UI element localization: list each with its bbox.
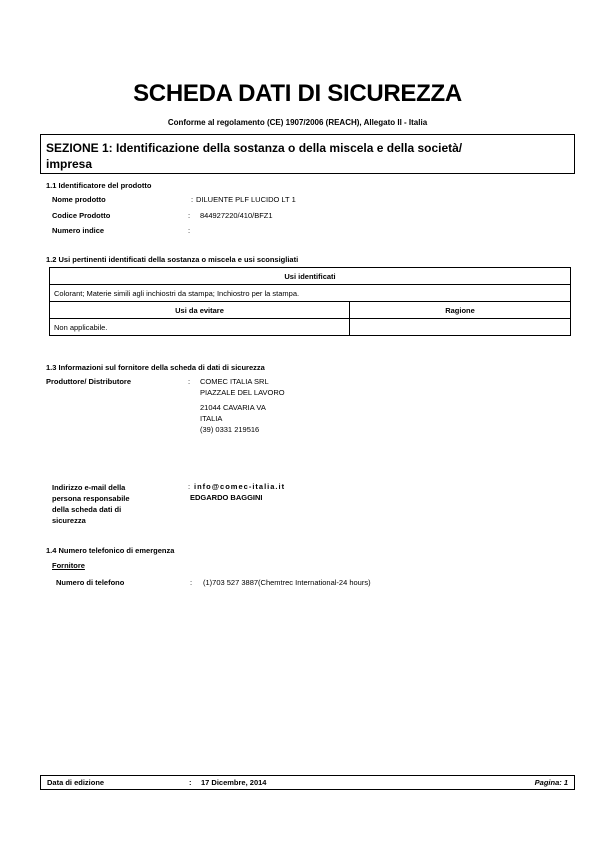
- product-name-value: DILUENTE PLF LUCIDO LT 1: [196, 195, 296, 204]
- producer-label: Produttore/ Distributore: [46, 377, 131, 386]
- product-code-sep: :: [188, 211, 190, 220]
- product-code-value: 844927220/410/BFZ1: [200, 211, 273, 220]
- supplier-subheading: Fornitore: [52, 561, 85, 570]
- section-1-1-heading: 1.1 Identificatore del prodotto: [46, 181, 151, 190]
- phone-sep: :: [190, 578, 192, 587]
- section-1-heading-line2: impresa: [46, 156, 569, 172]
- product-code-label: Codice Prodotto: [52, 211, 110, 220]
- identified-uses-header: Usi identificati: [50, 268, 571, 285]
- responsible-person: EDGARDO BAGGINI: [190, 493, 263, 502]
- edition-date-value: 17 Dicembre, 2014: [201, 778, 266, 787]
- phone-label: Numero di telefono: [56, 578, 124, 587]
- section-1-heading-line1: SEZIONE 1: Identificazione della sostanz…: [46, 140, 569, 156]
- section-1-3-heading: 1.3 Informazioni sul fornitore della sch…: [46, 363, 265, 372]
- document-subtitle: Conforme al regolamento (CE) 1907/2006 (…: [0, 118, 595, 127]
- email-sep: :: [188, 482, 190, 491]
- producer-sep: :: [188, 377, 190, 386]
- product-name-sep: :: [191, 195, 193, 204]
- product-name-label: Nome prodotto: [52, 195, 106, 204]
- section-1-4-heading: 1.4 Numero telefonico di emergenza: [46, 546, 174, 555]
- email-label: Indirizzo e-mail della persona responsab…: [52, 482, 130, 526]
- section-1-heading: SEZIONE 1: Identificazione della sostanz…: [40, 134, 575, 174]
- address-line-3: 21044 CAVARIA VA: [200, 403, 266, 412]
- reason-header: Ragione: [350, 302, 571, 319]
- address-line-2: PIAZZALE DEL LAVORO: [200, 388, 285, 397]
- phone-value: (1)703 527 3887(Chemtrec International-2…: [203, 578, 371, 587]
- page-number: Pagina: 1: [535, 778, 568, 787]
- edition-date-sep: :: [189, 778, 192, 787]
- email-link[interactable]: info@comec-italia.it: [194, 482, 285, 491]
- edition-date-label: Data di edizione: [47, 778, 104, 787]
- page-footer: Data di edizione : 17 Dicembre, 2014 Pag…: [40, 775, 575, 790]
- uses-to-avoid-header: Usi da evitare: [50, 302, 350, 319]
- reason-value: [350, 319, 571, 336]
- uses-table: Usi identificati Colorant; Materie simil…: [49, 267, 571, 336]
- identified-uses-value: Colorant; Materie simili agli inchiostri…: [50, 285, 571, 302]
- uses-to-avoid-value: Non applicabile.: [50, 319, 350, 336]
- document-title: SCHEDA DATI DI SICUREZZA: [0, 80, 595, 108]
- address-line-4: ITALIA: [200, 414, 222, 423]
- address-line-5: (39) 0331 219516: [200, 425, 259, 434]
- section-1-2-heading: 1.2 Usi pertinenti identificati della so…: [46, 255, 298, 264]
- index-number-label: Numero indice: [52, 226, 104, 235]
- index-number-sep: :: [188, 226, 190, 235]
- address-line-1: COMEC ITALIA SRL: [200, 377, 269, 386]
